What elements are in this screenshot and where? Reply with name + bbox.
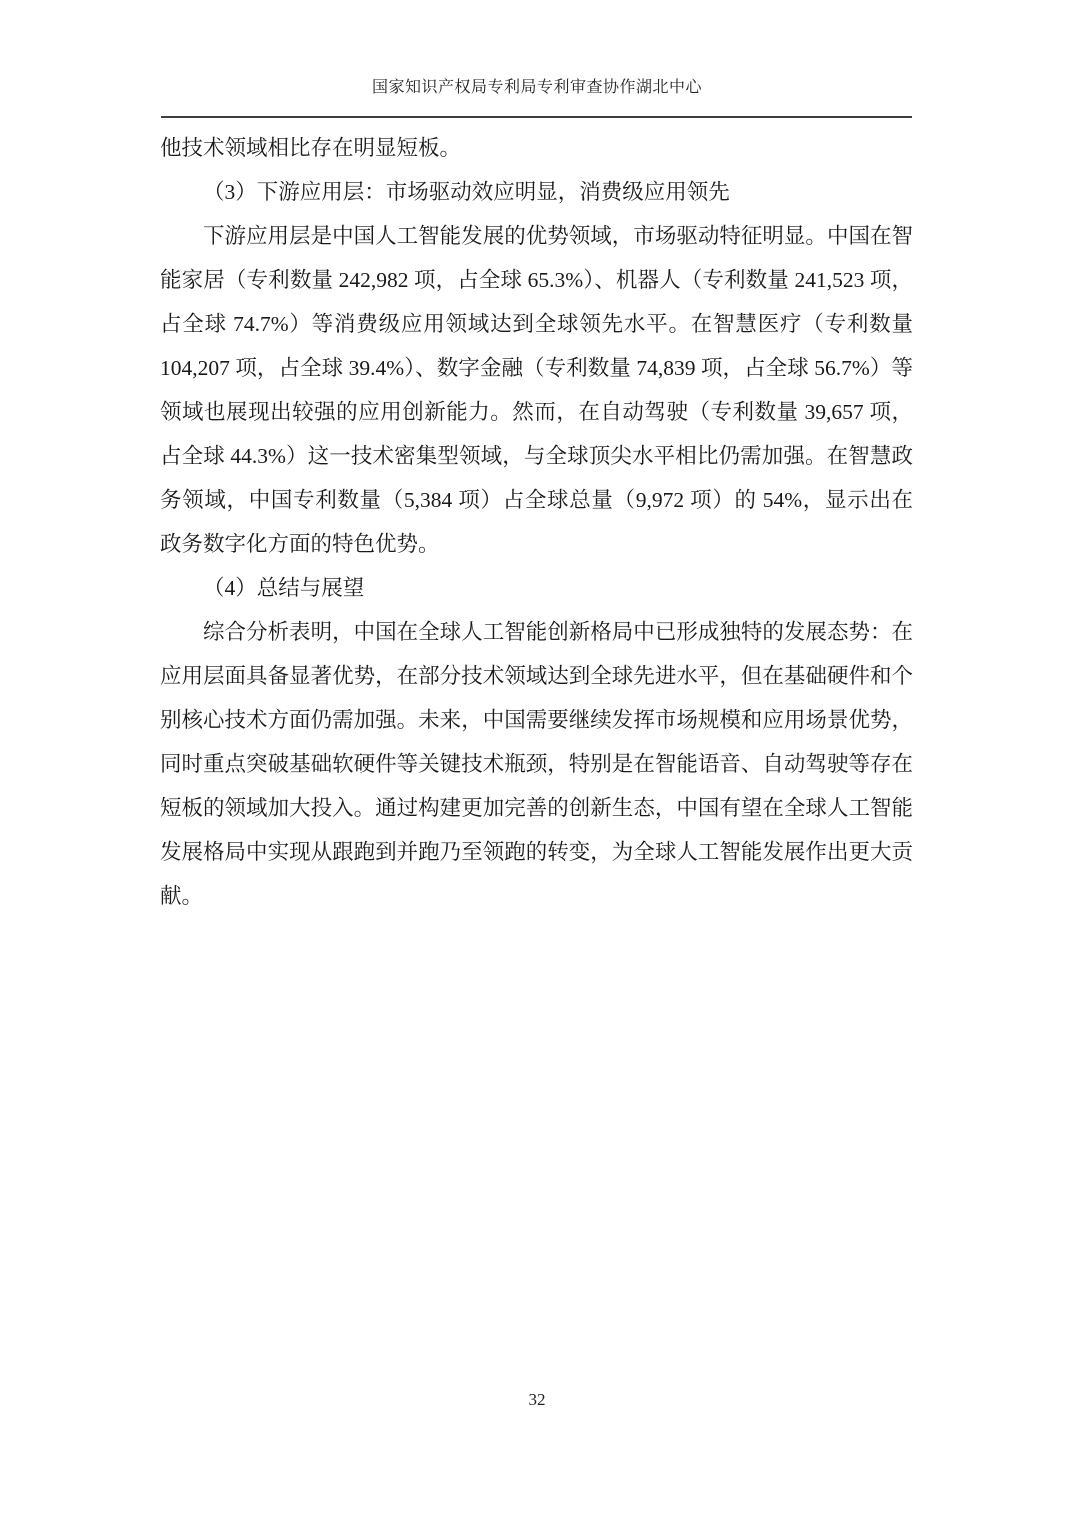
section-heading-4: （4）总结与展望: [160, 566, 913, 610]
document-body: 他技术领域相比存在明显短板。 （3）下游应用层：市场驱动效应明显，消费级应用领先…: [160, 126, 913, 918]
header-rule-divider: [161, 116, 912, 118]
section-heading-3: （3）下游应用层：市场驱动效应明显，消费级应用领先: [160, 170, 913, 214]
paragraph-continuation: 他技术领域相比存在明显短板。: [160, 126, 913, 170]
page-number: 32: [0, 1390, 1074, 1410]
page-header: 国家知识产权局专利局专利审查协作湖北中心: [0, 78, 1074, 98]
paragraph-summary-outlook: 综合分析表明，中国在全球人工智能创新格局中已形成独特的发展态势：在应用层面具备显…: [160, 610, 913, 918]
document-page: 国家知识产权局专利局专利审查协作湖北中心 他技术领域相比存在明显短板。 （3）下…: [0, 0, 1074, 1520]
paragraph-downstream-application: 下游应用层是中国人工智能发展的优势领域，市场驱动特征明显。中国在智能家居（专利数…: [160, 214, 913, 566]
